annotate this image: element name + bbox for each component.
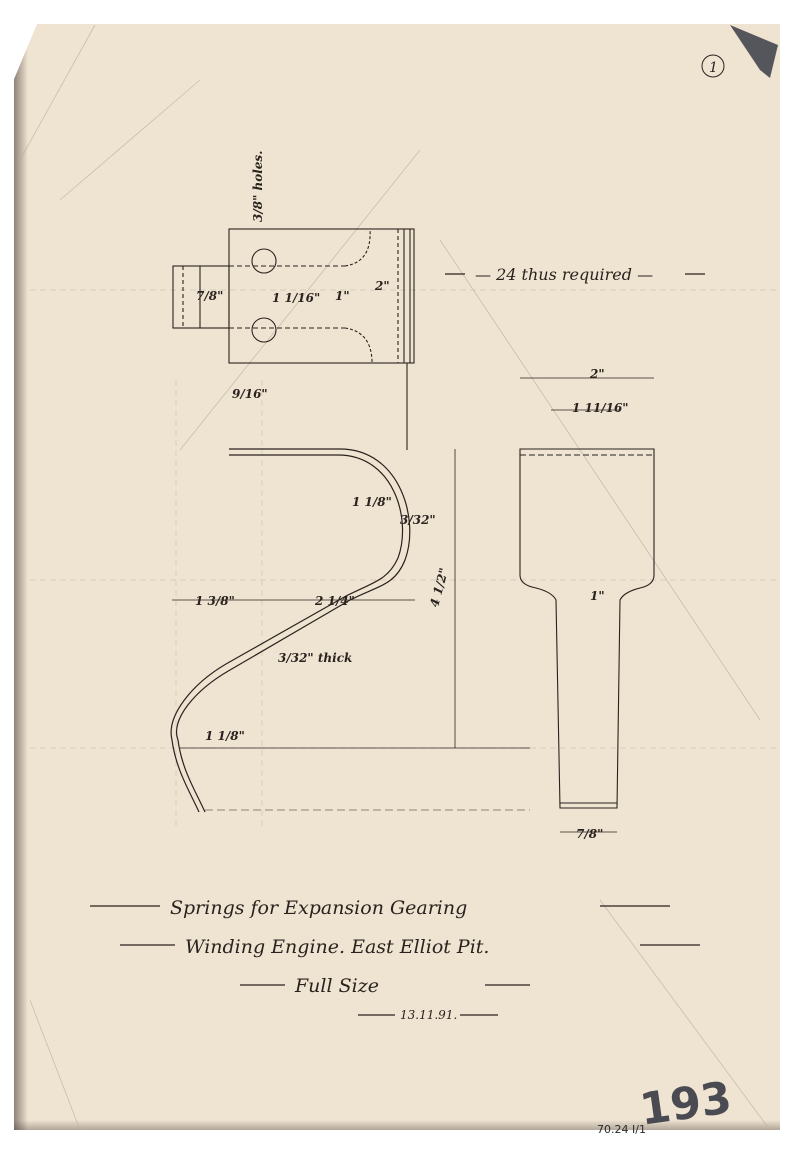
dim-front-inner-width: 1 11/16" — [572, 401, 629, 415]
dim-bottom-radius: 1 1/8" — [205, 729, 245, 743]
hole-label: 3/8" holes. — [251, 151, 265, 222]
quantity-note: — 24 thus required — — [475, 265, 653, 284]
title-date: 13.11.91. — [400, 1008, 457, 1022]
annotations: 1 — 24 thus required — 3/8" holes. 7/8" … — [0, 0, 800, 1155]
title-line-2: Winding Engine. East Elliot Pit. — [185, 936, 489, 958]
dim-left-offset: 1 3/8" — [195, 594, 235, 608]
dim-front-overall-width: 2" — [589, 367, 605, 381]
dim-height: 4 1/2" — [427, 566, 451, 608]
dim-thickness: 3/32" thick — [278, 651, 352, 665]
dim-offset: 9/16" — [232, 387, 268, 401]
dim-inner: 1" — [335, 289, 350, 303]
dim-hole-spacing: 1 1/16" — [272, 291, 320, 305]
dim-overall: 2" — [374, 279, 390, 293]
dim-front-neck-width: 1" — [590, 589, 605, 603]
title-line-3: Full Size — [294, 975, 379, 997]
dim-top-radius: 1 1/8" — [352, 495, 392, 509]
title-line-1: Springs for Expansion Gearing — [170, 897, 467, 919]
dim-tab-width: 7/8" — [196, 289, 223, 303]
dim-middle-width: 2 1/4" — [314, 594, 355, 608]
catalogue-reference: 70.24 I/1 — [597, 1123, 646, 1136]
inventory-number-stamp: 193 — [637, 1072, 735, 1135]
dim-front-bottom-width: 7/8" — [576, 827, 603, 841]
dim-thickness-top: 3/32" — [400, 513, 436, 527]
page-number: 1 — [709, 60, 718, 76]
